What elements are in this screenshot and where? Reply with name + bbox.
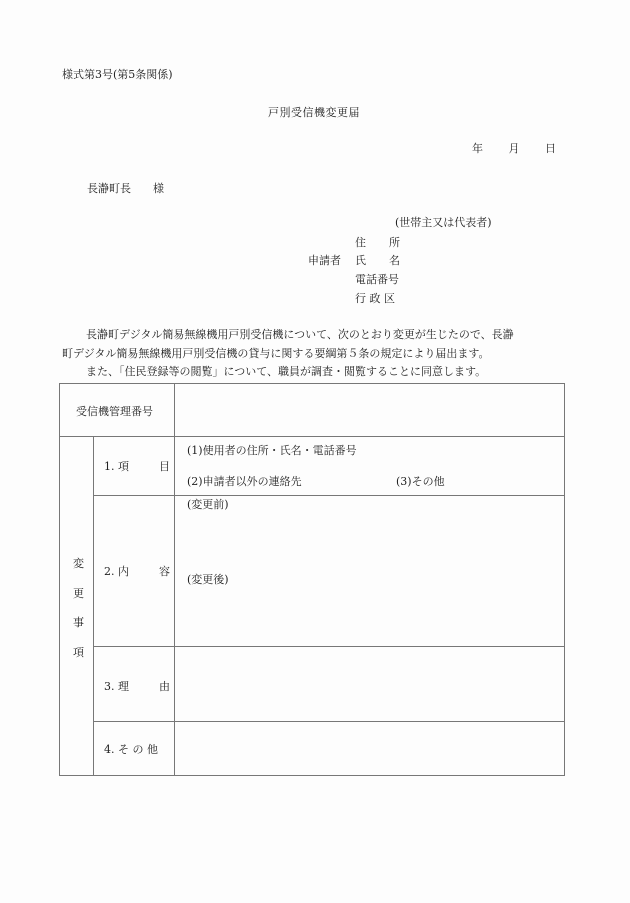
applicant-label: 申請者 [308,252,341,268]
declaration-line-1: 長瀞町デジタル簡易無線機用戸別受信機について、次のとおり変更が生じたので、長瀞 [62,326,554,345]
other-row-label: 4. そ の 他 [104,741,158,757]
reason-row-label: 3. 理由 [104,678,170,694]
content-row-label: 2. 内容 [104,563,170,579]
addressee: 長瀞町長様 [87,180,164,196]
divider [93,495,564,496]
consent-text: また、「住民登録等の閲覧」について、職員が調査・閲覧することに同意します。 [62,363,554,382]
other-field[interactable] [176,722,562,774]
item-option-1[interactable]: (1)使用者の住所・氏名・電話番号 [187,442,357,458]
change-group-char: 更 [73,585,84,601]
document-title: 戸別受信機変更届 [268,104,360,120]
date-day-label: 日 [545,140,556,156]
content-after-label: (変更後) [187,571,229,587]
change-group-char: 変 [73,555,84,571]
form-number: 様式第3号(第5条関係) [62,66,173,82]
item-option-2[interactable]: (2)申請者以外の連絡先 [187,473,302,489]
applicant-note: (世帯主又は代表者) [395,214,492,230]
change-group-char: 項 [73,644,84,660]
applicant-phone-label: 電話番号 [355,271,399,287]
declaration-line-2: 町デジタル簡易無線機用戸別受信機の貸与に関する要綱第５条の規定により届出ます。 [62,345,554,364]
item-row-label: 1. 項目 [104,458,170,474]
item-option-3[interactable]: (3)その他 [396,473,445,489]
reason-field[interactable] [176,647,562,720]
addressee-honorific: 様 [153,182,164,195]
divider [174,384,175,775]
change-form-table: 受信機管理番号 変 更 事 項 1. 項目 (1)使用者の住所・氏名・電話番号 … [59,383,565,776]
addressee-name: 長瀞町長 [87,182,131,195]
applicant-district-label: 行 政 区 [355,290,395,306]
divider [60,436,564,437]
applicant-name-label: 氏名 [355,252,400,268]
receiver-id-label: 受信機管理番号 [76,403,153,419]
date-line: 年 月 日 [472,140,556,156]
content-before-label: (変更前) [187,496,229,512]
change-group-char: 事 [73,614,84,630]
date-year-label: 年 [472,140,483,156]
applicant-address-label: 住所 [355,234,400,250]
date-month-label: 月 [509,140,520,156]
declaration-text: 長瀞町デジタル簡易無線機用戸別受信機について、次のとおり変更が生じたので、長瀞 … [62,326,554,382]
divider [93,436,94,775]
receiver-id-field[interactable] [176,385,562,435]
